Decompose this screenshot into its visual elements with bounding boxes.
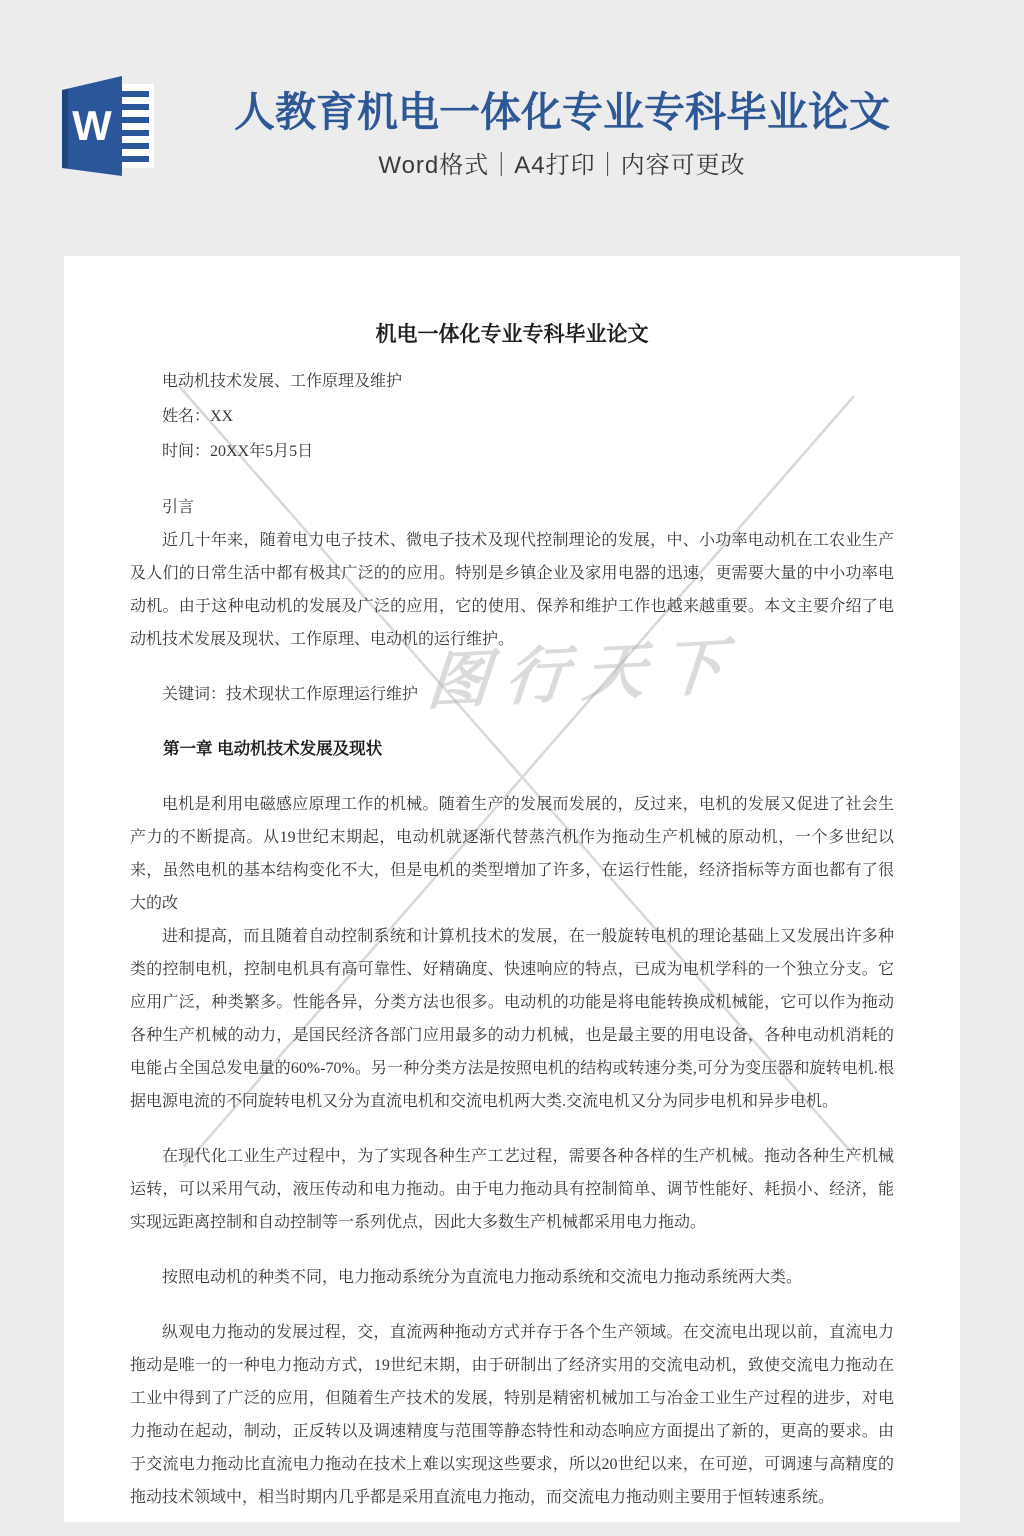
paragraph: 进和提高，而且随着自动控制系统和计算机技术的发展，在一般旋转电机的理论基础上又发… — [130, 920, 894, 1118]
spacer — [130, 1239, 894, 1261]
document-content: 机电一体化专业专科毕业论文 电动机技术发展、工作原理及维护姓名：XX时间：20X… — [64, 256, 960, 1514]
template-subtitle: Word格式｜A4打印｜内容可更改 — [110, 145, 1014, 180]
document-page: 图行天下 机电一体化专业专科毕业论文 电动机技术发展、工作原理及维护姓名：XX时… — [64, 256, 960, 1522]
section-heading: 第一章 电动机技术发展及现状 — [130, 733, 894, 766]
spacer — [130, 656, 894, 678]
spacer — [130, 711, 894, 733]
spacer — [130, 1294, 894, 1316]
spacer — [130, 1118, 894, 1140]
template-title: 人教育机电一体化专业专科毕业论文 — [110, 88, 1014, 137]
paragraph: 电机是利用电磁感应原理工作的机械。随着生产的发展而发展的，反过来，电机的发展又促… — [130, 788, 894, 920]
spacer — [130, 766, 894, 788]
doc-label-line: 关键词：技术现状工作原理运行维护 — [130, 678, 894, 711]
template-preview-header: W 人教育机电一体化专业专科毕业论文 Word格式｜A4打印｜内容可更改 — [0, 0, 1024, 230]
word-icon-letter: W — [72, 105, 112, 147]
paragraph: 纵观电力拖动的发展过程，交，直流两种拖动方式并存于各个生产领域。在交流电出现以前… — [130, 1316, 894, 1514]
doc-meta-line: 时间：20XX年5月5日 — [130, 434, 894, 469]
doc-label-line: 引言 — [130, 491, 894, 524]
paragraph: 近几十年来，随着电力电子技术、微电子技术及现代控制理论的发展，中、小功率电动机在… — [130, 524, 894, 656]
header-text-block: 人教育机电一体化专业专科毕业论文 Word格式｜A4打印｜内容可更改 — [110, 0, 1014, 180]
paragraph: 在现代化工业生产过程中，为了实现各种生产工艺过程，需要各种各样的生产机械。拖动各… — [130, 1140, 894, 1239]
paragraph: 按照电动机的种类不同，电力拖动系统分为直流电力拖动系统和交流电力拖动系统两大类。 — [130, 1261, 894, 1294]
doc-meta-line: 姓名：XX — [130, 399, 894, 434]
document-title: 机电一体化专业专科毕业论文 — [130, 320, 894, 350]
document-body: 电动机技术发展、工作原理及维护姓名：XX时间：20XX年5月5日引言近几十年来，… — [130, 364, 894, 1514]
spacer — [130, 469, 894, 491]
doc-meta-line: 电动机技术发展、工作原理及维护 — [130, 364, 894, 399]
